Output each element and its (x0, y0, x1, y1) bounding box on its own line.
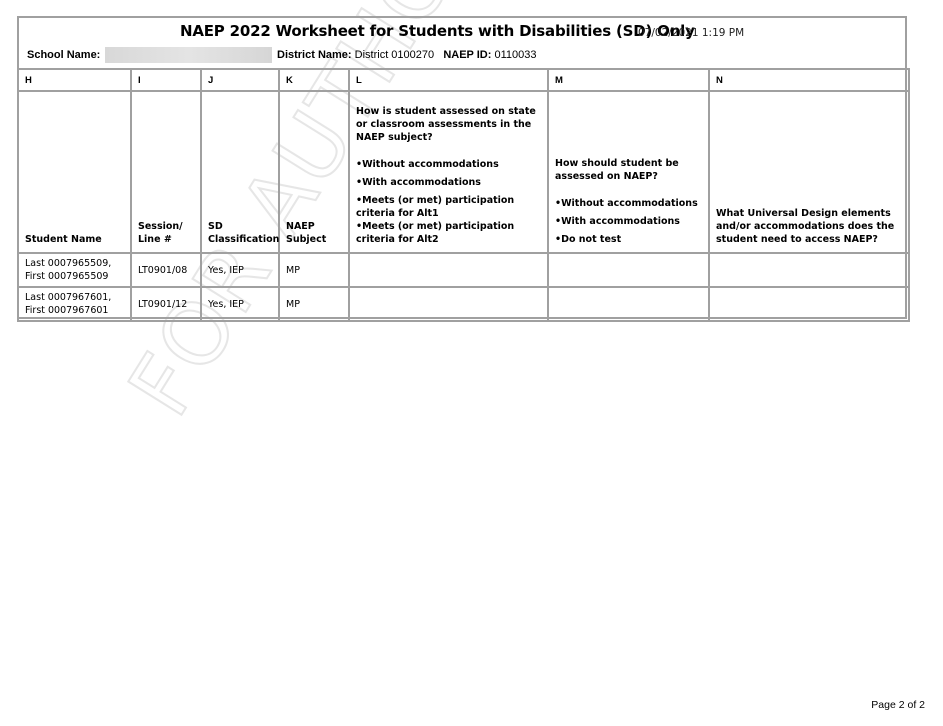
table-row: Last 0007965509,First 0007965509 LT0901/… (18, 253, 909, 287)
timestamp: 07/02/2021 1:19 PM (638, 27, 744, 39)
naep-id-label: NAEP ID: (443, 49, 491, 61)
sd-classification: Yes, IEP (201, 253, 279, 287)
col-letter-m: M (548, 69, 709, 91)
page-title: NAEP 2022 Worksheet for Students with Di… (180, 22, 695, 40)
heading-state-assessment: How is student assessed on state or clas… (349, 91, 548, 253)
naep-assessment-cell[interactable] (548, 253, 709, 287)
col-letter-j: J (201, 69, 279, 91)
col-letter-l: L (349, 69, 548, 91)
heading-student-name: Student Name (18, 91, 131, 253)
heading-session-line: Session/Line # (131, 91, 201, 253)
district-label: District Name: (277, 49, 352, 61)
state-assessment-question: How is student assessed on state or clas… (356, 105, 541, 144)
naep-assessment-cell[interactable] (548, 287, 709, 321)
state-assessment-cell[interactable] (349, 253, 548, 287)
option: •With accommodations (356, 176, 541, 189)
naep-subject: MP (279, 287, 349, 321)
heading-universal-design: What Universal Design elements and/or ac… (709, 91, 909, 253)
sd-worksheet-table: H I J K L M N Student Name Session/Line … (17, 68, 910, 322)
school-label: School Name: (27, 49, 100, 61)
table-row: Last 0007967601,First 0007967601 LT0901/… (18, 287, 909, 321)
student-name: Last 0007965509,First 0007965509 (18, 253, 131, 287)
universal-design-cell[interactable] (709, 287, 909, 321)
option: •Do not test (555, 233, 702, 246)
col-letter-n: N (709, 69, 909, 91)
session-line: LT0901/12 (131, 287, 201, 321)
heading-naep-subject: NAEPSubject (279, 91, 349, 253)
naep-subject: MP (279, 253, 349, 287)
option: •With accommodations (555, 215, 702, 228)
heading-naep-assessment: How should student be assessed on NAEP? … (548, 91, 709, 253)
naep-id-value: 0110033 (494, 49, 536, 61)
option: •Without accommodations (356, 158, 541, 171)
col-letter-h: H (18, 69, 131, 91)
school-name-redacted (105, 47, 272, 63)
student-name: Last 0007967601,First 0007967601 (18, 287, 131, 321)
universal-design-cell[interactable] (709, 253, 909, 287)
naep-assessment-question: How should student be assessed on NAEP? (555, 157, 702, 183)
session-line: LT0901/08 (131, 253, 201, 287)
page-number: Page 2 of 2 (871, 699, 925, 711)
col-letter-i: I (131, 69, 201, 91)
column-letters-row: H I J K L M N (18, 69, 909, 91)
option: •Meets (or met) participation criteria f… (356, 220, 541, 246)
district-info: District Name: District 0100270 NAEP ID:… (277, 49, 536, 61)
col-letter-k: K (279, 69, 349, 91)
option: •Meets (or met) participation criteria f… (356, 194, 541, 220)
state-assessment-cell[interactable] (349, 287, 548, 321)
district-value: District 0100270 (355, 49, 435, 61)
sd-classification: Yes, IEP (201, 287, 279, 321)
option: •Without accommodations (555, 197, 702, 210)
column-headings-row: Student Name Session/Line # SDClassifica… (18, 91, 909, 253)
heading-sd-classification: SDClassification (201, 91, 279, 253)
